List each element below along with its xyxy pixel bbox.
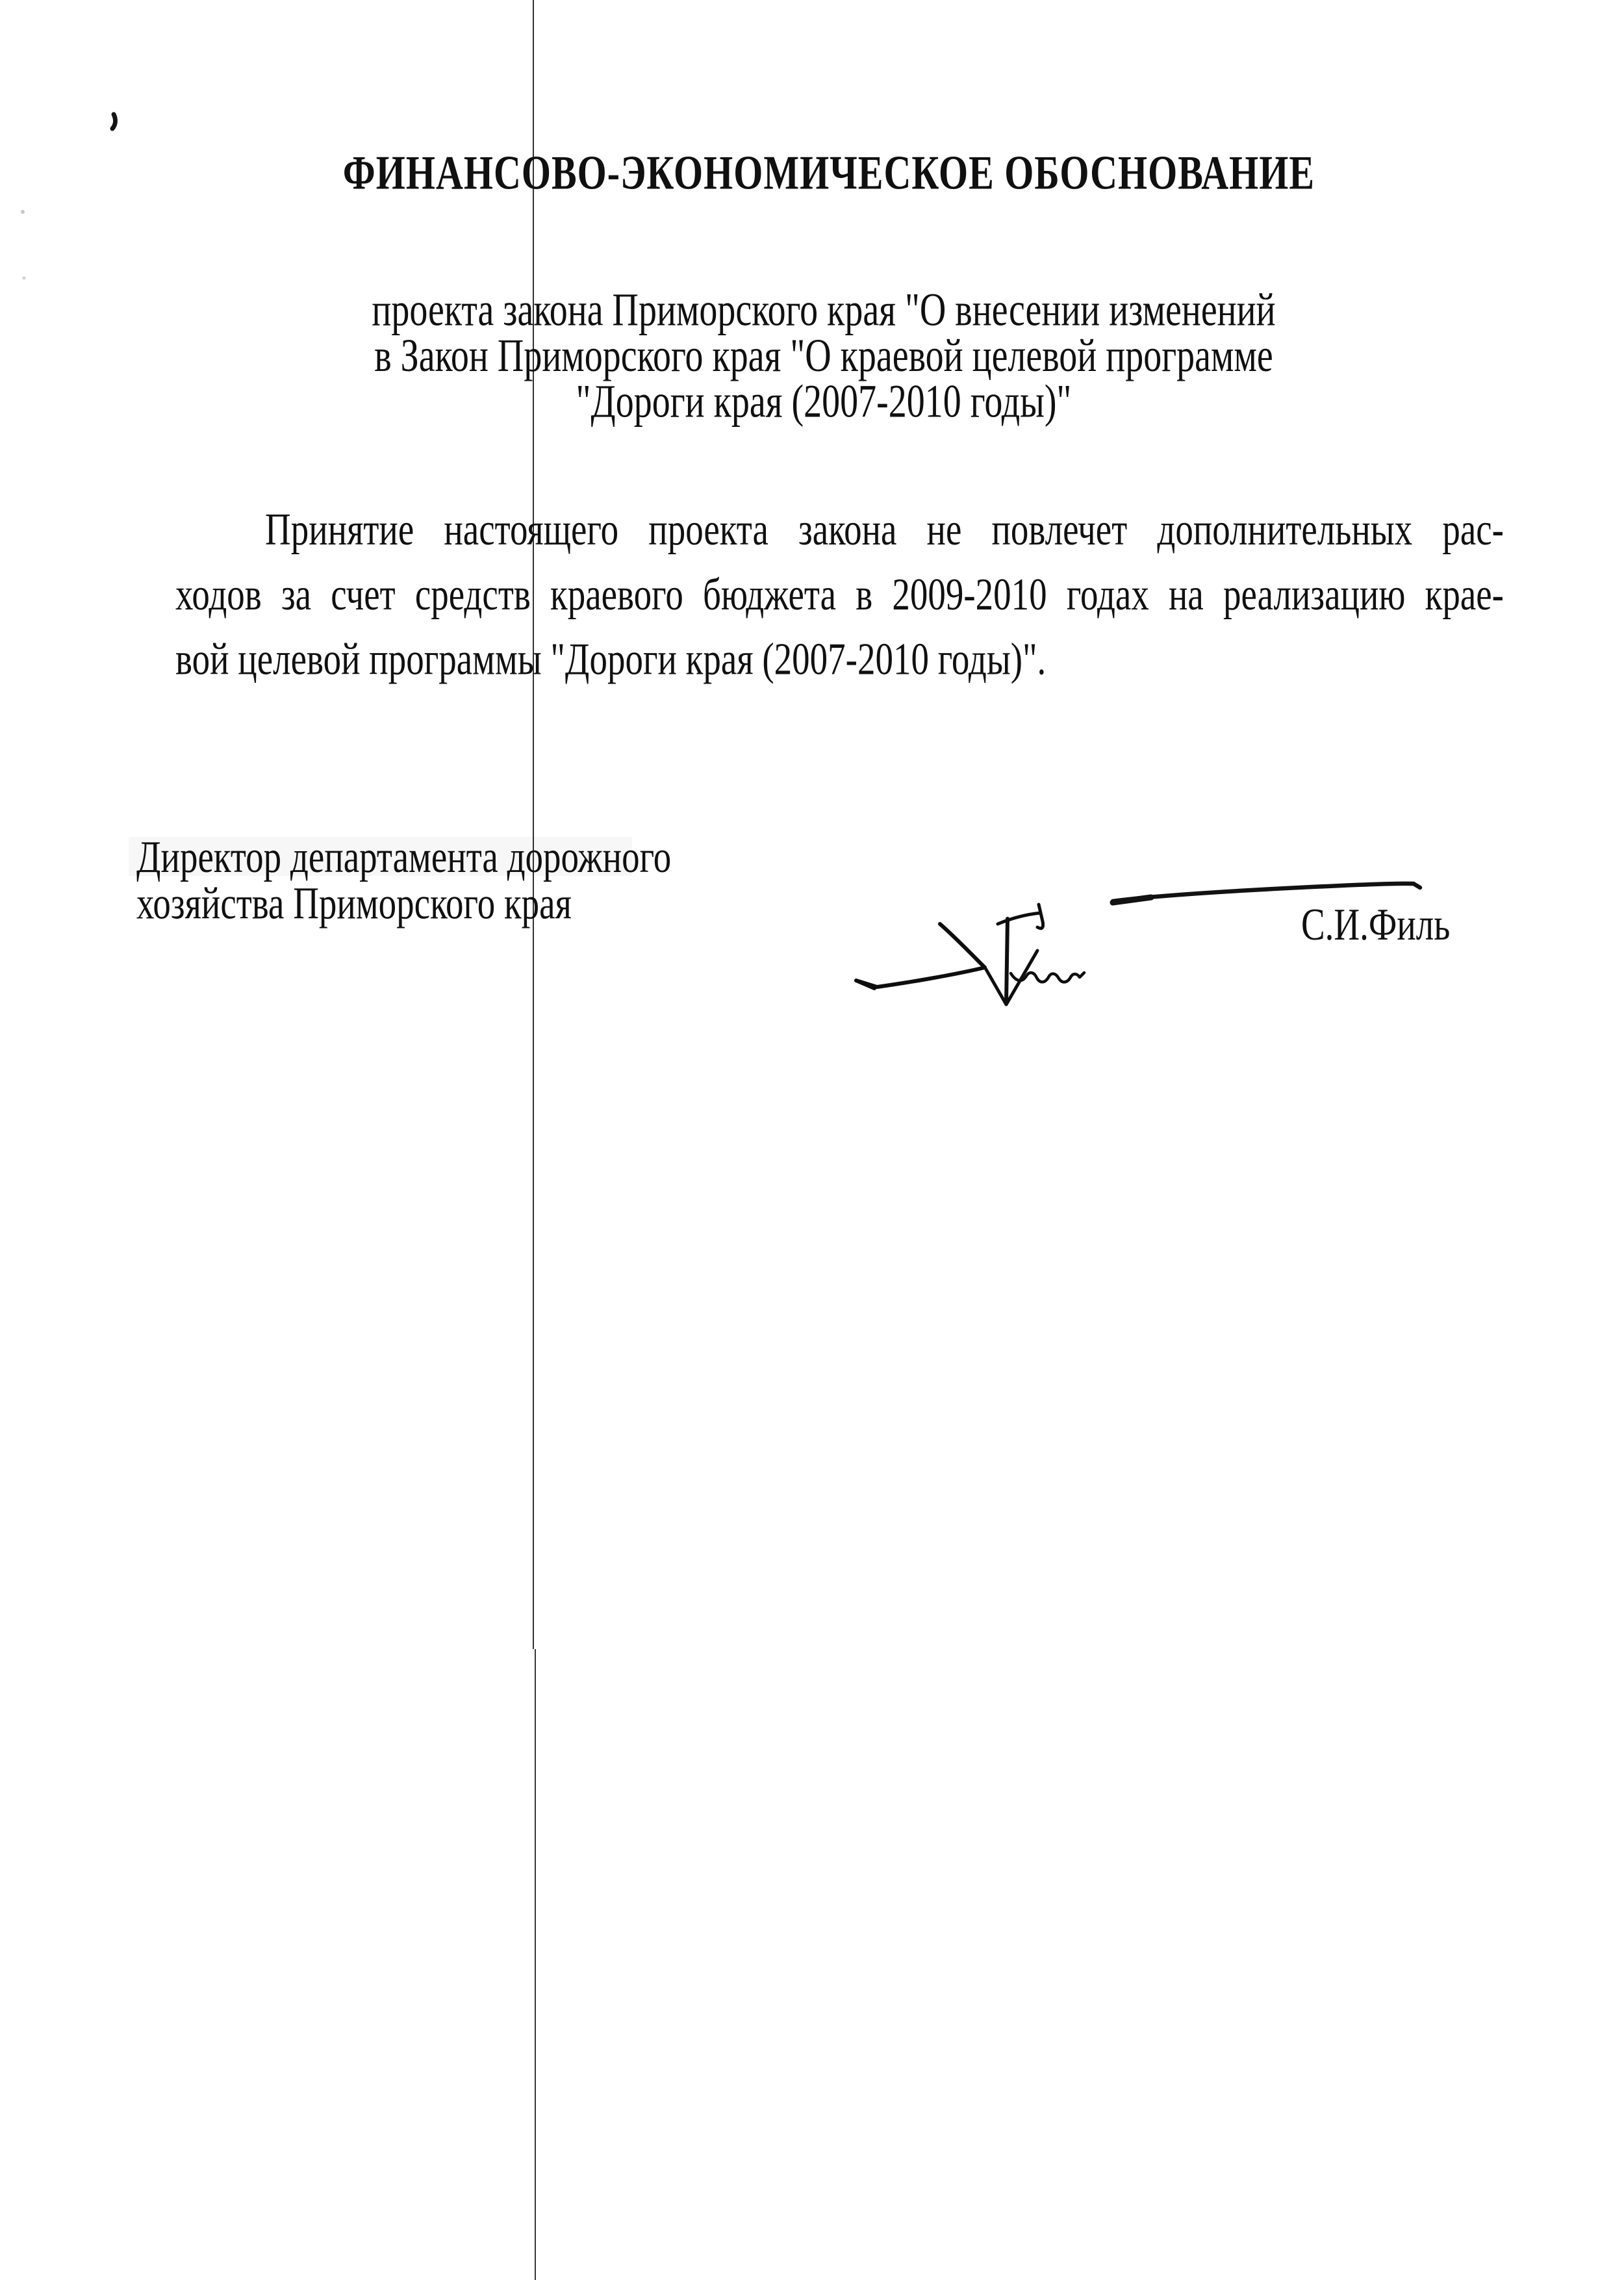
- signature-position-line: хозяйства Приморского края: [136, 880, 786, 927]
- fold-line: [535, 1649, 536, 2280]
- body-line: ходов за счет средств краевого бюджета в…: [175, 562, 1504, 627]
- signature-position-title: Директор департамента дорожного хозяйств…: [136, 834, 786, 927]
- scanned-document-page: ФИНАНСОВО-ЭКОНОМИЧЕСКОЕ ОБОСНОВАНИЕ прое…: [0, 0, 1624, 2280]
- scan-mark-icon: [112, 114, 115, 129]
- body-line: вой целевой программы "Дороги края (2007…: [175, 627, 1504, 692]
- document-title: ФИНАНСОВО-ЭКОНОМИЧЕСКОЕ ОБОСНОВАНИЕ: [0, 149, 1624, 197]
- subtitle-line: в Закон Приморского края "О краевой целе…: [23, 333, 1624, 379]
- subtitle-line: "Дороги края (2007-2010 годы)": [23, 379, 1624, 425]
- document-subtitle: проекта закона Приморского края "О внесе…: [0, 288, 1624, 425]
- body-paragraph: Принятие настоящего проекта закона не по…: [175, 497, 1504, 692]
- signature-name: С.И.Филь: [1301, 901, 1450, 947]
- signature-position-line: Директор департамента дорожного: [136, 834, 786, 880]
- scan-specks: [21, 210, 26, 280]
- subtitle-line: проекта закона Приморского края "О внесе…: [23, 288, 1624, 333]
- fold-line: [533, 0, 534, 1649]
- body-line: Принятие настоящего проекта закона не по…: [175, 497, 1504, 562]
- signature-scribble: [856, 904, 1084, 1005]
